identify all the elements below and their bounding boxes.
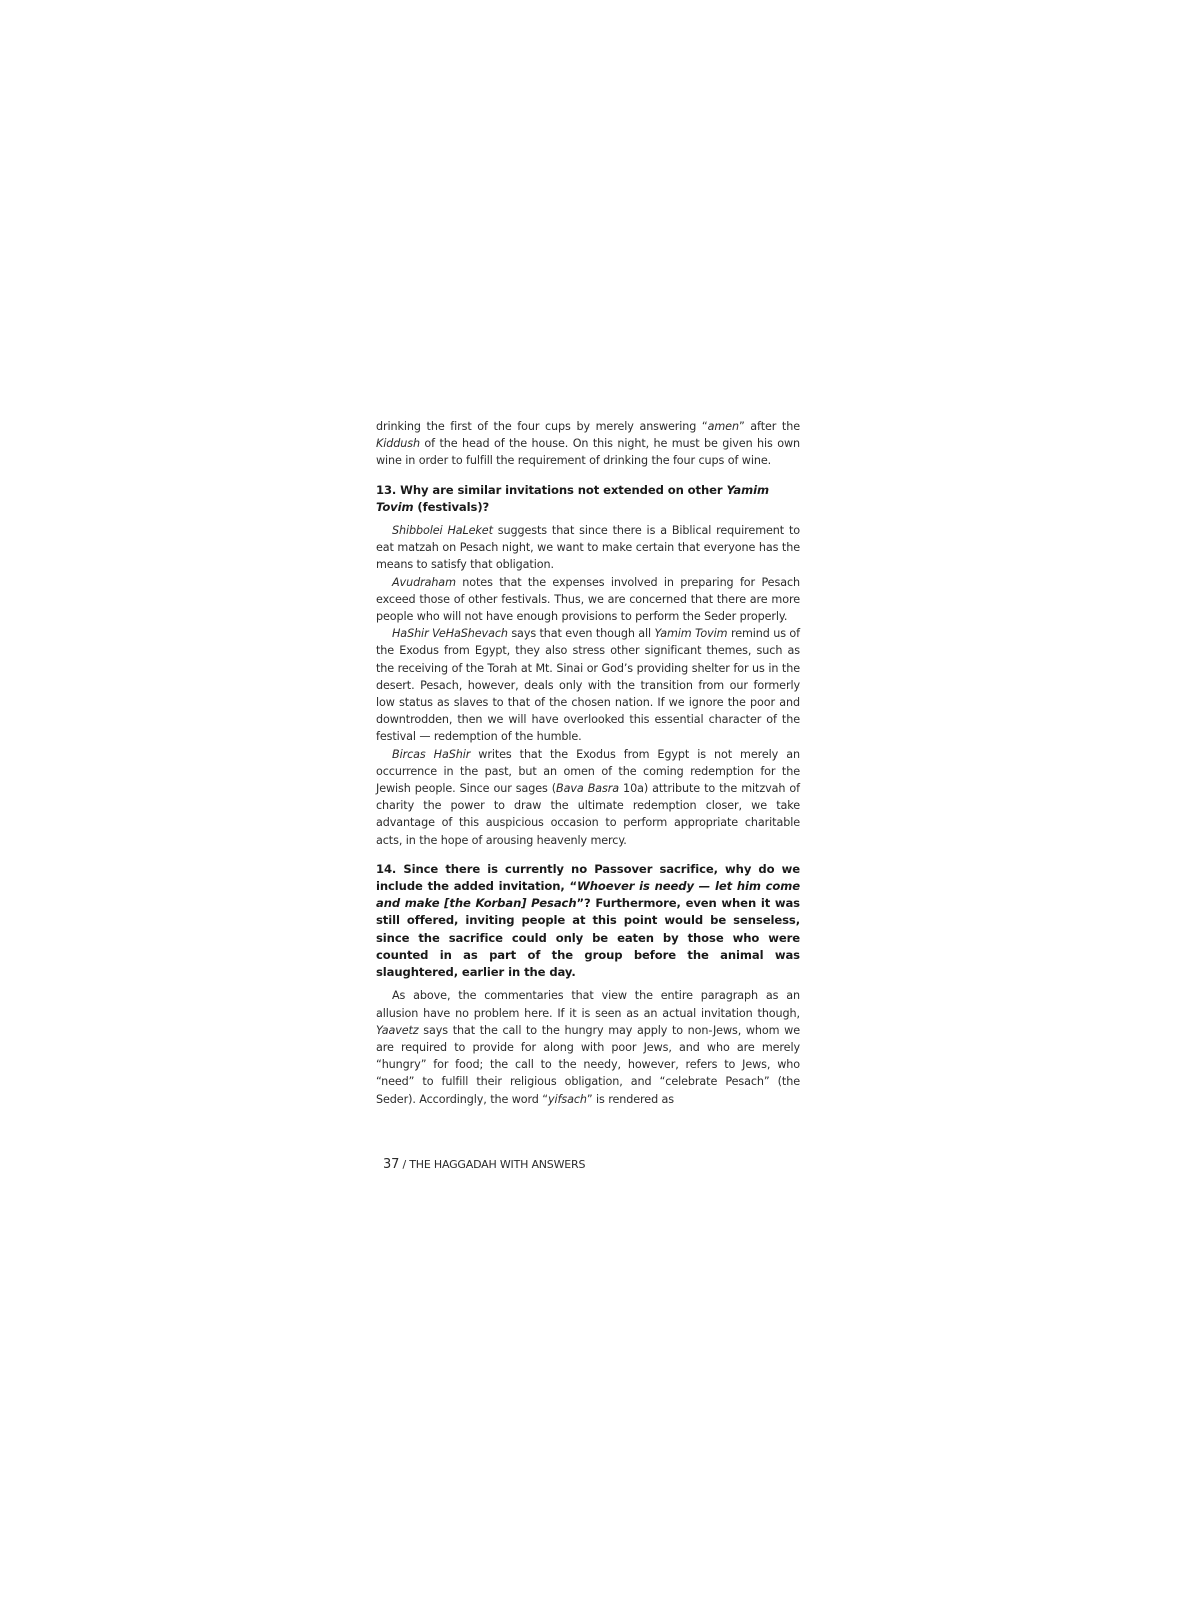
question-13-heading: 13. Why are similar invitations not exte… — [376, 482, 800, 516]
footer-separator: / — [399, 1158, 409, 1171]
source-name: Avudraham — [392, 576, 456, 589]
question-14-heading: 14. Since there is currently no Passover… — [376, 861, 800, 981]
answer-13-shibbolei-haleket: Shibbolei HaLeket suggests that since th… — [376, 522, 800, 574]
term-kiddush: Kiddush — [376, 437, 420, 450]
source-name: Shibbolei HaLeket — [392, 524, 493, 537]
page-body: drinking the first of the four cups by m… — [376, 418, 800, 1108]
answer-13-bircas-hashir: Bircas HaShir writes that the Exodus fro… — [376, 746, 800, 849]
source-name: HaShir VeHaShevach — [392, 627, 508, 640]
answer-13-hashir-vehashevach: HaShir VeHaShevach says that even though… — [376, 625, 800, 745]
term-amen: amen — [708, 420, 739, 433]
source-name: Bircas HaShir — [392, 748, 470, 761]
page-number: 37 — [383, 1157, 399, 1172]
answer-13-avudraham: Avudraham notes that the expenses involv… — [376, 574, 800, 626]
answer-14-paragraph: As above, the commentaries that view the… — [376, 987, 800, 1107]
continuation-paragraph: drinking the first of the four cups by m… — [376, 418, 800, 470]
term-yifsach: yifsach — [548, 1093, 587, 1106]
book-title: THE HAGGADAH WITH ANSWERS — [409, 1158, 585, 1171]
page-footer: 37 / THE HAGGADAH WITH ANSWERS — [383, 1157, 585, 1172]
source-name: Yaavetz — [376, 1024, 419, 1037]
